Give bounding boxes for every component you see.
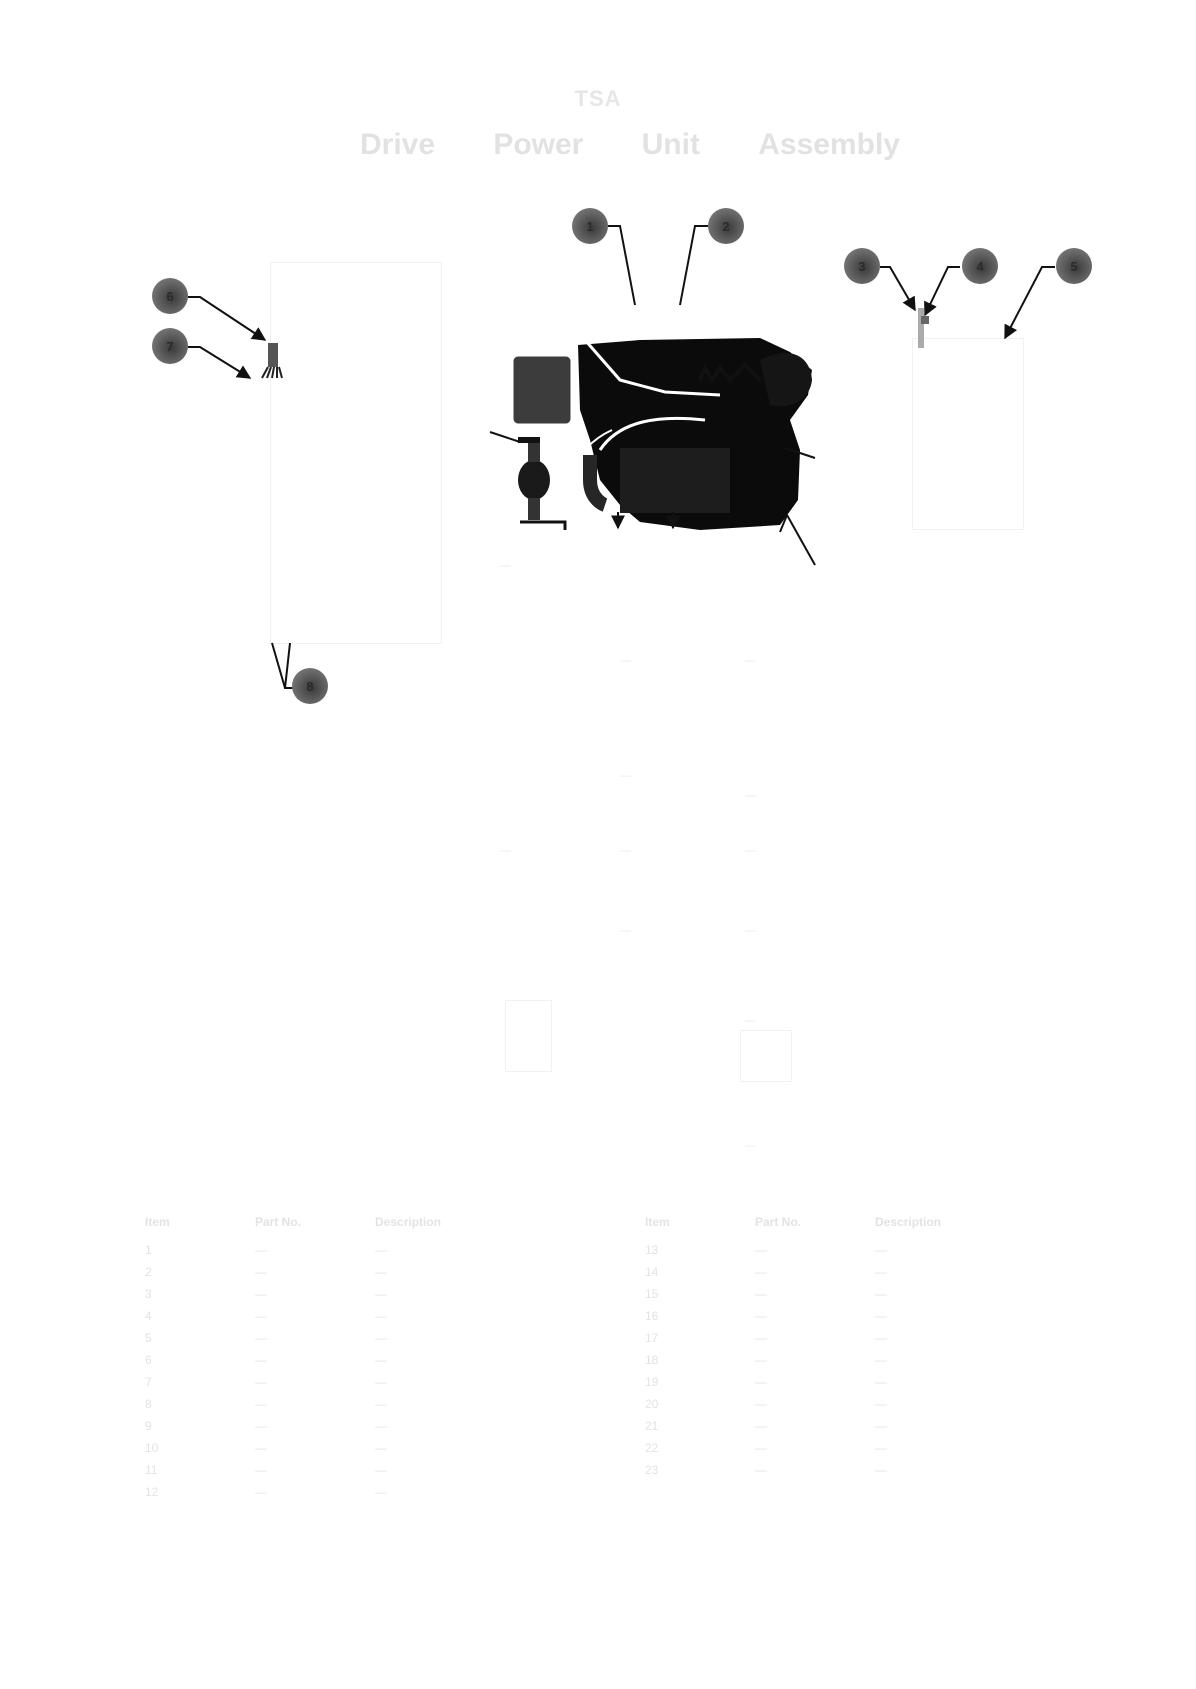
diagram-label: — (500, 560, 511, 572)
table-cell: 21 (645, 1419, 755, 1441)
table-cell: — (875, 1397, 1045, 1419)
table-cell: 7 (145, 1375, 255, 1397)
table-header: Item Part No. Description (645, 1215, 1045, 1229)
diagram-label: — (745, 655, 756, 667)
parts-table-right: Item Part No. Description 13——14——15——16… (645, 1215, 1045, 1485)
callout-balloon: 5 (1056, 248, 1092, 284)
table-cell: — (875, 1265, 1045, 1287)
table-row: 6—— (145, 1353, 545, 1375)
table-cell: 12 (145, 1485, 255, 1507)
diagram-label: — (620, 770, 631, 782)
callout-balloon: 7 (152, 328, 188, 364)
callout-number: 1 (586, 219, 593, 234)
table-cell: — (875, 1353, 1045, 1375)
table-cell: 16 (645, 1309, 755, 1331)
callout-balloon: 4 (962, 248, 998, 284)
table-cell: — (375, 1309, 545, 1331)
table-cell: — (755, 1265, 875, 1287)
table-cell: — (875, 1463, 1045, 1485)
table-cell: — (255, 1485, 375, 1507)
callout-number: 3 (858, 259, 865, 274)
callout-number: 8 (306, 679, 313, 694)
callout-balloon: 2 (708, 208, 744, 244)
table-cell: — (755, 1441, 875, 1463)
diagram-label: — (745, 925, 756, 937)
table-row: 7—— (145, 1375, 545, 1397)
table-cell: — (375, 1441, 545, 1463)
diagram-label: — (500, 845, 511, 857)
table-cell: 23 (645, 1463, 755, 1485)
column-header: Item (645, 1215, 755, 1229)
table-cell: 10 (145, 1441, 255, 1463)
table-cell: — (875, 1243, 1045, 1265)
diagram-label: — (745, 845, 756, 857)
table-cell: — (375, 1331, 545, 1353)
table-cell: 4 (145, 1309, 255, 1331)
table-cell: — (755, 1463, 875, 1485)
table-cell: — (375, 1397, 545, 1419)
table-row: 16—— (645, 1309, 1045, 1331)
table-cell: — (375, 1463, 545, 1485)
table-cell: 18 (645, 1353, 755, 1375)
table-row: 10—— (145, 1441, 545, 1463)
table-cell: 14 (645, 1265, 755, 1287)
table-row: 20—— (645, 1397, 1045, 1419)
diagram-label: — (745, 1140, 756, 1152)
table-cell: 1 (145, 1243, 255, 1265)
table-row: 8—— (145, 1397, 545, 1419)
engine-illustration (490, 338, 812, 530)
table-cell: 22 (645, 1441, 755, 1463)
table-cell: — (875, 1287, 1045, 1309)
table-cell: — (255, 1441, 375, 1463)
table-cell: — (255, 1419, 375, 1441)
table-cell: — (255, 1397, 375, 1419)
table-cell: — (755, 1287, 875, 1309)
callout-number: 5 (1070, 259, 1077, 274)
column-header: Description (375, 1215, 545, 1229)
callout-balloon: 8 (292, 668, 328, 704)
table-cell: 9 (145, 1419, 255, 1441)
callout-number: 4 (976, 259, 983, 274)
table-cell: 17 (645, 1331, 755, 1353)
table-cell: 20 (645, 1397, 755, 1419)
callout-number: 6 (166, 289, 173, 304)
table-row: 23—— (645, 1463, 1045, 1485)
diagram-label: — (745, 790, 756, 802)
table-cell: — (255, 1353, 375, 1375)
table-row: 21—— (645, 1419, 1045, 1441)
table-cell: — (255, 1375, 375, 1397)
table-cell: — (255, 1243, 375, 1265)
table-cell: 19 (645, 1375, 755, 1397)
column-header: Description (875, 1215, 1045, 1229)
table-row: 3—— (145, 1287, 545, 1309)
table-cell: 11 (145, 1463, 255, 1485)
table-row: 19—— (645, 1375, 1045, 1397)
callout-number: 2 (722, 219, 729, 234)
table-row: 22—— (645, 1441, 1045, 1463)
table-cell: 15 (645, 1287, 755, 1309)
callout-balloon: 6 (152, 278, 188, 314)
table-row: 5—— (145, 1331, 545, 1353)
table-row: 13—— (645, 1243, 1045, 1265)
table-cell: 5 (145, 1331, 255, 1353)
table-cell: — (875, 1309, 1045, 1331)
table-cell: — (375, 1243, 545, 1265)
callout-balloon: 3 (844, 248, 880, 284)
table-cell: — (375, 1265, 545, 1287)
table-cell: — (255, 1265, 375, 1287)
table-cell: — (755, 1375, 875, 1397)
table-row: 17—— (645, 1331, 1045, 1353)
table-cell: 2 (145, 1265, 255, 1287)
diagram-label: — (620, 845, 631, 857)
table-cell: 3 (145, 1287, 255, 1309)
table-cell: — (755, 1243, 875, 1265)
table-cell: — (755, 1397, 875, 1419)
table-cell: 8 (145, 1397, 255, 1419)
table-cell: — (875, 1331, 1045, 1353)
table-cell: — (255, 1309, 375, 1331)
column-header: Part No. (255, 1215, 375, 1229)
table-row: 1—— (145, 1243, 545, 1265)
table-cell: — (875, 1375, 1045, 1397)
column-header: Item (145, 1215, 255, 1229)
table-row: 18—— (645, 1353, 1045, 1375)
table-row: 11—— (145, 1463, 545, 1485)
table-cell: — (375, 1419, 545, 1441)
table-row: 14—— (645, 1265, 1045, 1287)
table-cell: 6 (145, 1353, 255, 1375)
table-cell: — (375, 1485, 545, 1507)
table-cell: — (755, 1419, 875, 1441)
table-row: 2—— (145, 1265, 545, 1287)
table-cell: 13 (645, 1243, 755, 1265)
table-row: 4—— (145, 1309, 545, 1331)
table-cell: — (755, 1331, 875, 1353)
table-cell: — (375, 1375, 545, 1397)
callout-balloon: 1 (572, 208, 608, 244)
table-cell: — (375, 1353, 545, 1375)
table-cell: — (755, 1353, 875, 1375)
table-cell: — (375, 1287, 545, 1309)
table-header: Item Part No. Description (145, 1215, 545, 1229)
table-cell: — (255, 1331, 375, 1353)
table-row: 12—— (145, 1485, 545, 1507)
table-row: 9—— (145, 1419, 545, 1441)
callout-number: 7 (166, 339, 173, 354)
table-cell: — (755, 1309, 875, 1331)
column-header: Part No. (755, 1215, 875, 1229)
table-cell: — (255, 1463, 375, 1485)
table-row: 15—— (645, 1287, 1045, 1309)
table-cell: — (255, 1287, 375, 1309)
table-cell: — (875, 1419, 1045, 1441)
diagram-label: — (745, 1015, 756, 1027)
diagram-label: — (620, 925, 631, 937)
parts-table-left: Item Part No. Description 1——2——3——4——5—… (145, 1215, 545, 1507)
table-cell: — (875, 1441, 1045, 1463)
diagram-label: — (620, 655, 631, 667)
